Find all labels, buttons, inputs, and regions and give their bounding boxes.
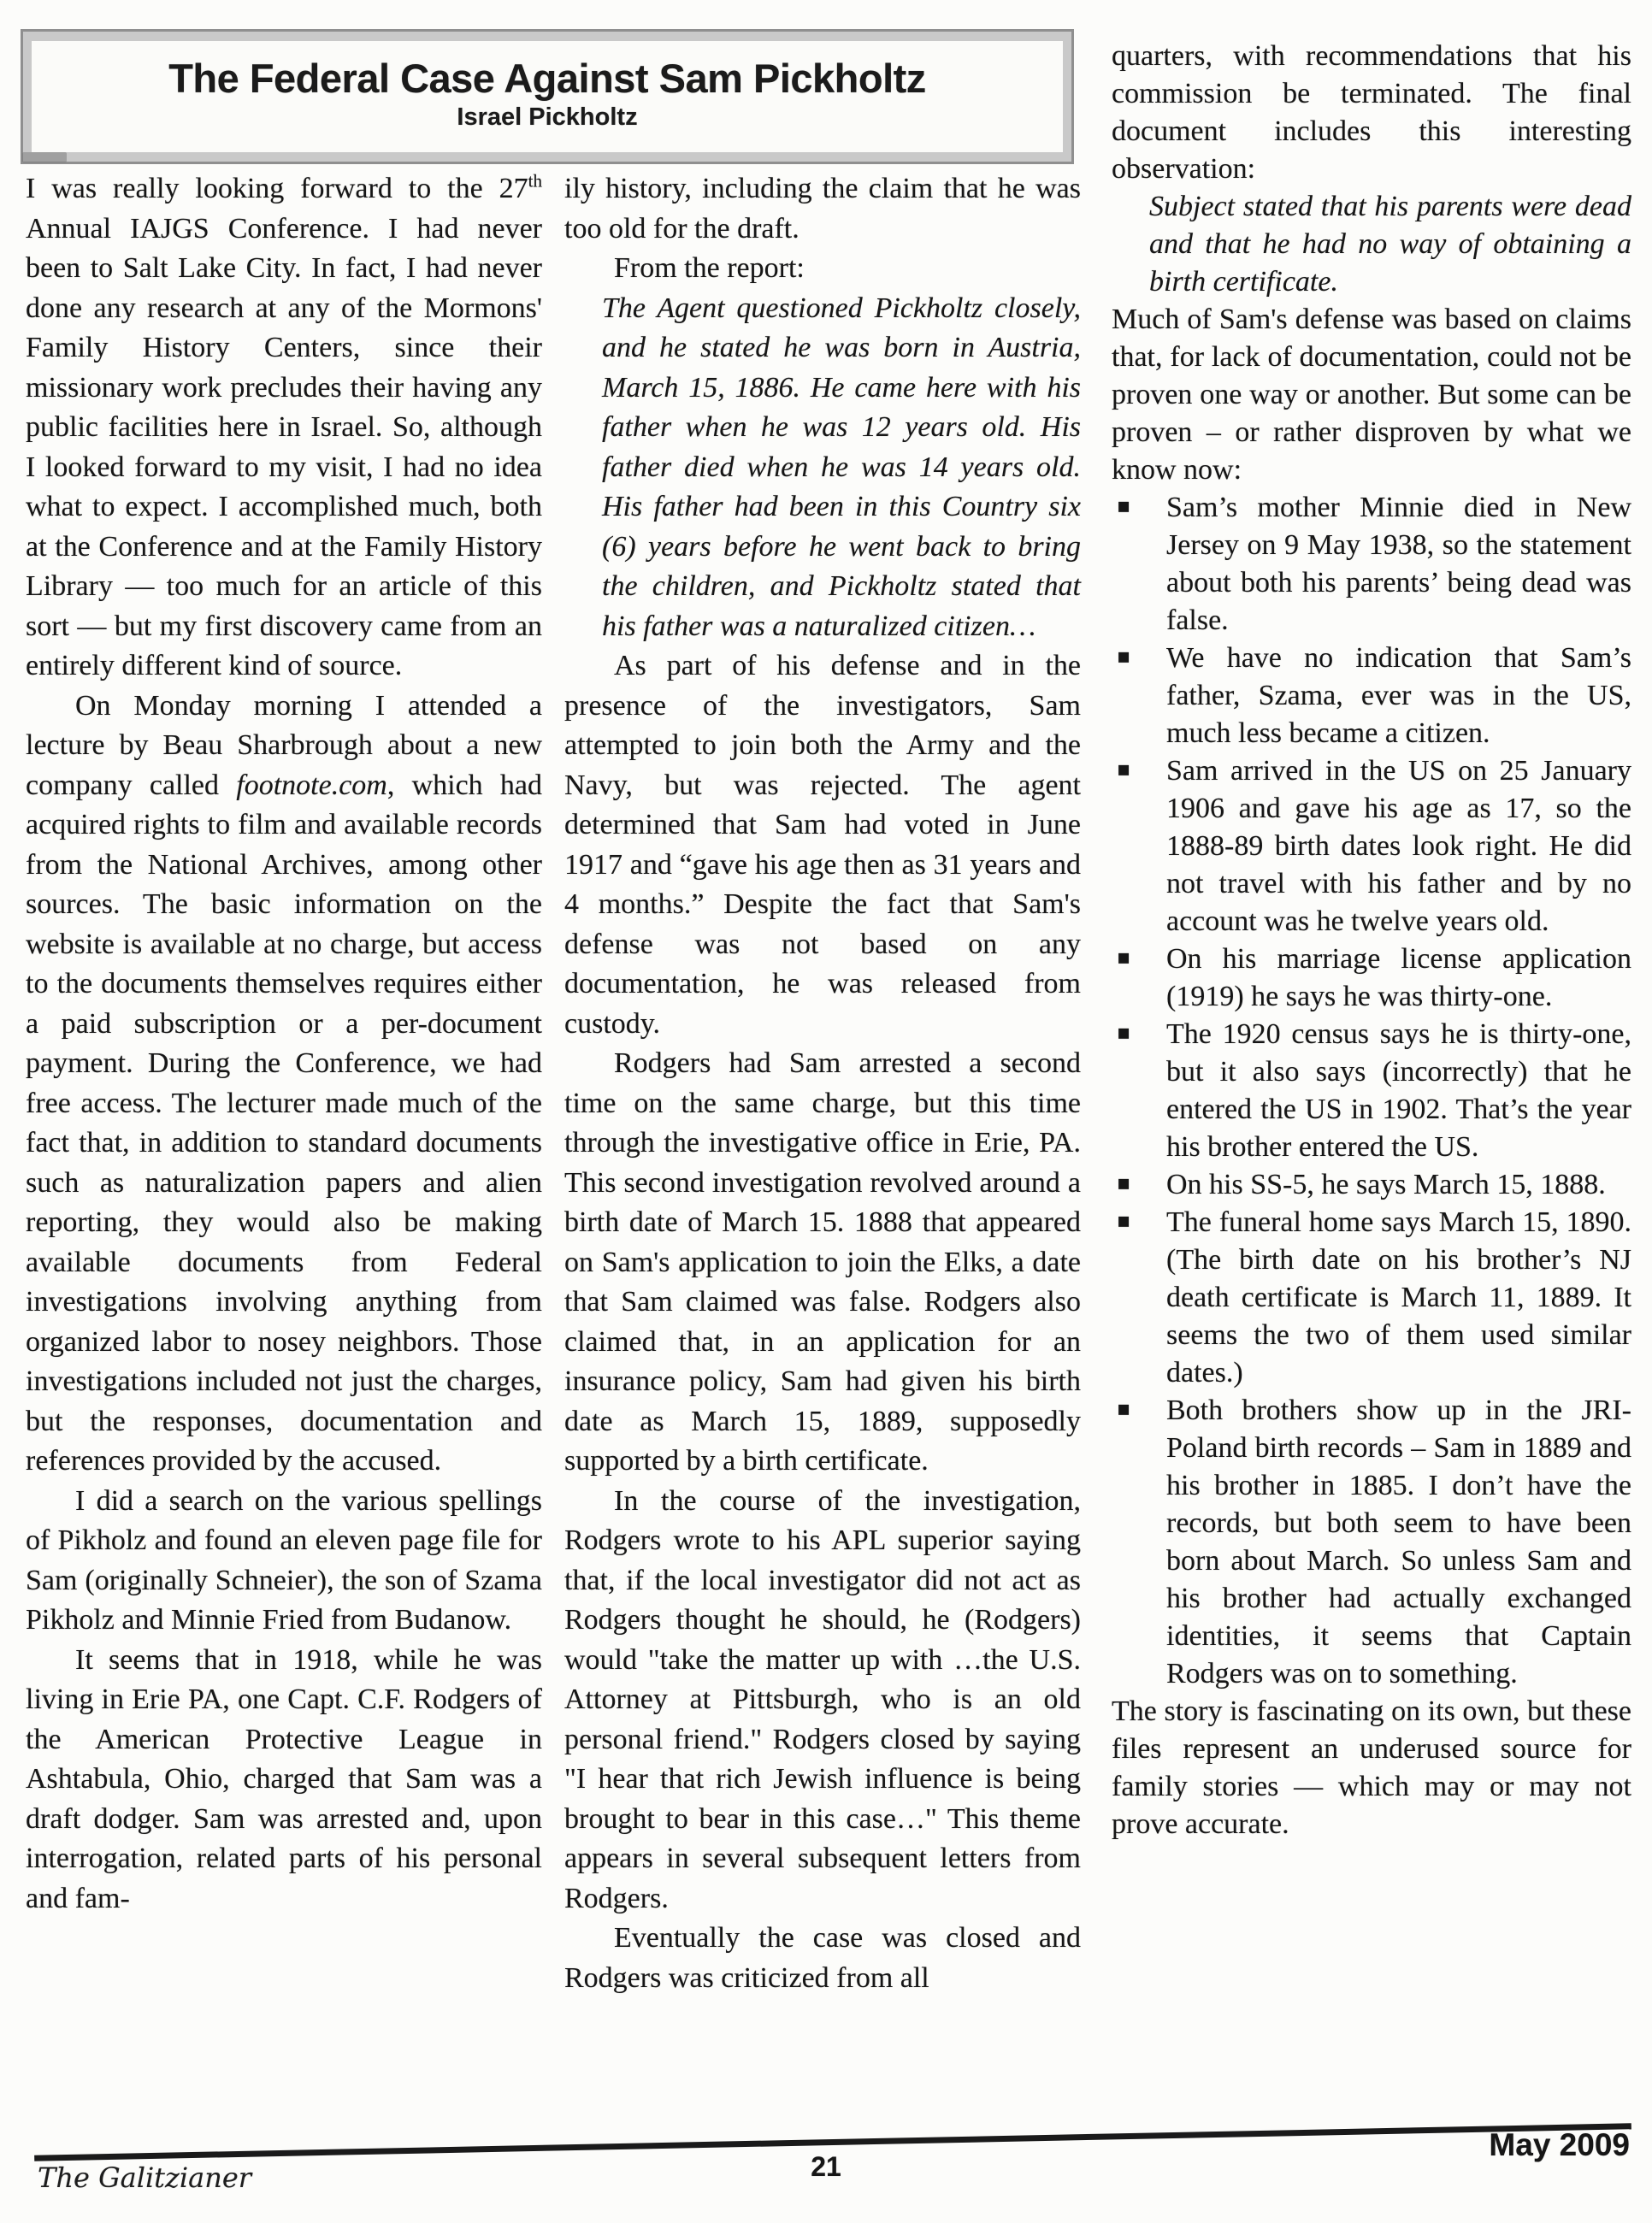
paragraph: As part of his defense and in the presen… [564,646,1081,1044]
issue-date: May 2009 [1489,2127,1630,2163]
paragraph: Eventually the case was closed and Rodge… [564,1919,1081,1998]
paragraph: quarters, with recommendations that his … [1112,38,1631,188]
text-segment-sup: th [528,171,542,192]
text-segment: Both brothers show up in the JRI-Poland … [1166,1395,1631,1689]
article-header-inner: The Federal Case Against Sam Pickholtz I… [32,41,1063,152]
text-segment: Rodgers had Sam arrested a second time o… [564,1047,1081,1477]
text-segment: On his marriage license application (191… [1166,943,1631,1012]
article-title: The Federal Case Against Sam Pickholtz [40,55,1054,102]
bullet-item: ▪The 1920 census says he is thirty-one, … [1112,1016,1631,1166]
text-segment: It seems that in 1918, while he was livi… [26,1644,542,1914]
text-segment: On his SS-5, he says March 15, 1888. [1166,1169,1606,1200]
article-author: Israel Pickholtz [40,103,1054,132]
text-segment: Sam’s mother Minnie died in New Jersey o… [1166,492,1631,636]
bullet-marker-icon: ▪ [1117,1172,1130,1193]
column-1: I was really looking forward to the 27th… [26,169,542,1919]
text-segment: quarters, with recommendations that his … [1112,40,1631,185]
scan-smudge [22,152,67,162]
text-segment: The funeral home says March 15, 1890. (T… [1166,1206,1631,1389]
text-segment: Much of Sam's defense was based on claim… [1112,304,1631,486]
text-segment: I was really looking forward to the 27 [26,173,528,204]
text-segment: , which had acquired rights to film and … [26,769,542,1477]
paragraph: On Monday morning I attended a lecture b… [26,687,542,1482]
bullet-item: ▪Sam arrived in the US on 25 January 190… [1112,752,1631,940]
paragraph: Much of Sam's defense was based on claim… [1112,301,1631,489]
bullet-marker-icon: ▪ [1117,646,1130,666]
bullet-item: ▪We have no indication that Sam’s father… [1112,640,1631,752]
text-segment: In the course of the investigation, Rodg… [564,1485,1081,1914]
magazine-page: The Federal Case Against Sam Pickholtz I… [0,0,1652,2223]
block-quote: Subject stated that his parents were dea… [1149,188,1631,301]
text-segment: We have no indication that Sam’s father,… [1166,642,1631,749]
paragraph: From the report: [564,249,1081,289]
text-segment: I did a search on the various spellings … [26,1485,542,1636]
text-segment-italic: footnote.com [236,769,387,801]
column-2: ily history, including the claim that he… [564,169,1081,1998]
paragraph: It seems that in 1918, while he was livi… [26,1641,542,1919]
article-header-box: The Federal Case Against Sam Pickholtz I… [21,29,1074,164]
text-segment: Eventually the case was closed and Rodge… [564,1922,1081,1994]
page-number: 21 [0,2151,1652,2183]
column-3: quarters, with recommendations that his … [1112,38,1631,1843]
bullet-item: ▪The funeral home says March 15, 1890. (… [1112,1204,1631,1392]
bullet-item: ▪Both brothers show up in the JRI-Poland… [1112,1392,1631,1693]
bullet-marker-icon: ▪ [1117,758,1130,779]
paragraph: I was really looking forward to the 27th… [26,169,542,687]
text-segment: As part of his defense and in the presen… [564,650,1081,1040]
text-segment: ily history, including the claim that he… [564,173,1081,245]
bullet-item: ▪Sam’s mother Minnie died in New Jersey … [1112,489,1631,640]
text-segment: Annual IAJGS Conference. I had never bee… [26,213,542,682]
bullet-item: ▪On his marriage license application (19… [1112,940,1631,1016]
bullet-marker-icon: ▪ [1117,946,1130,967]
bullet-marker-icon: ▪ [1117,1398,1130,1418]
paragraph: In the course of the investigation, Rodg… [564,1482,1081,1919]
paragraph: I did a search on the various spellings … [26,1482,542,1641]
text-segment: Sam arrived in the US on 25 January 1906… [1166,755,1631,937]
paragraph: ily history, including the claim that he… [564,169,1081,249]
text-segment: The Agent questioned Pickholtz closely, … [602,292,1081,642]
paragraph: Rodgers had Sam arrested a second time o… [564,1044,1081,1482]
bullet-marker-icon: ▪ [1117,1210,1130,1230]
text-segment: The story is fascinating on its own, but… [1112,1695,1631,1840]
text-segment: Subject stated that his parents were dea… [1149,191,1631,298]
text-segment: From the report: [614,252,805,284]
block-quote: The Agent questioned Pickholtz closely, … [602,289,1081,647]
paragraph: The story is fascinating on its own, but… [1112,1693,1631,1843]
bullet-marker-icon: ▪ [1117,1022,1130,1042]
bullet-item: ▪On his SS-5, he says March 15, 1888. [1112,1166,1631,1204]
bullet-marker-icon: ▪ [1117,495,1130,516]
text-segment: The 1920 census says he is thirty-one, b… [1166,1018,1631,1163]
